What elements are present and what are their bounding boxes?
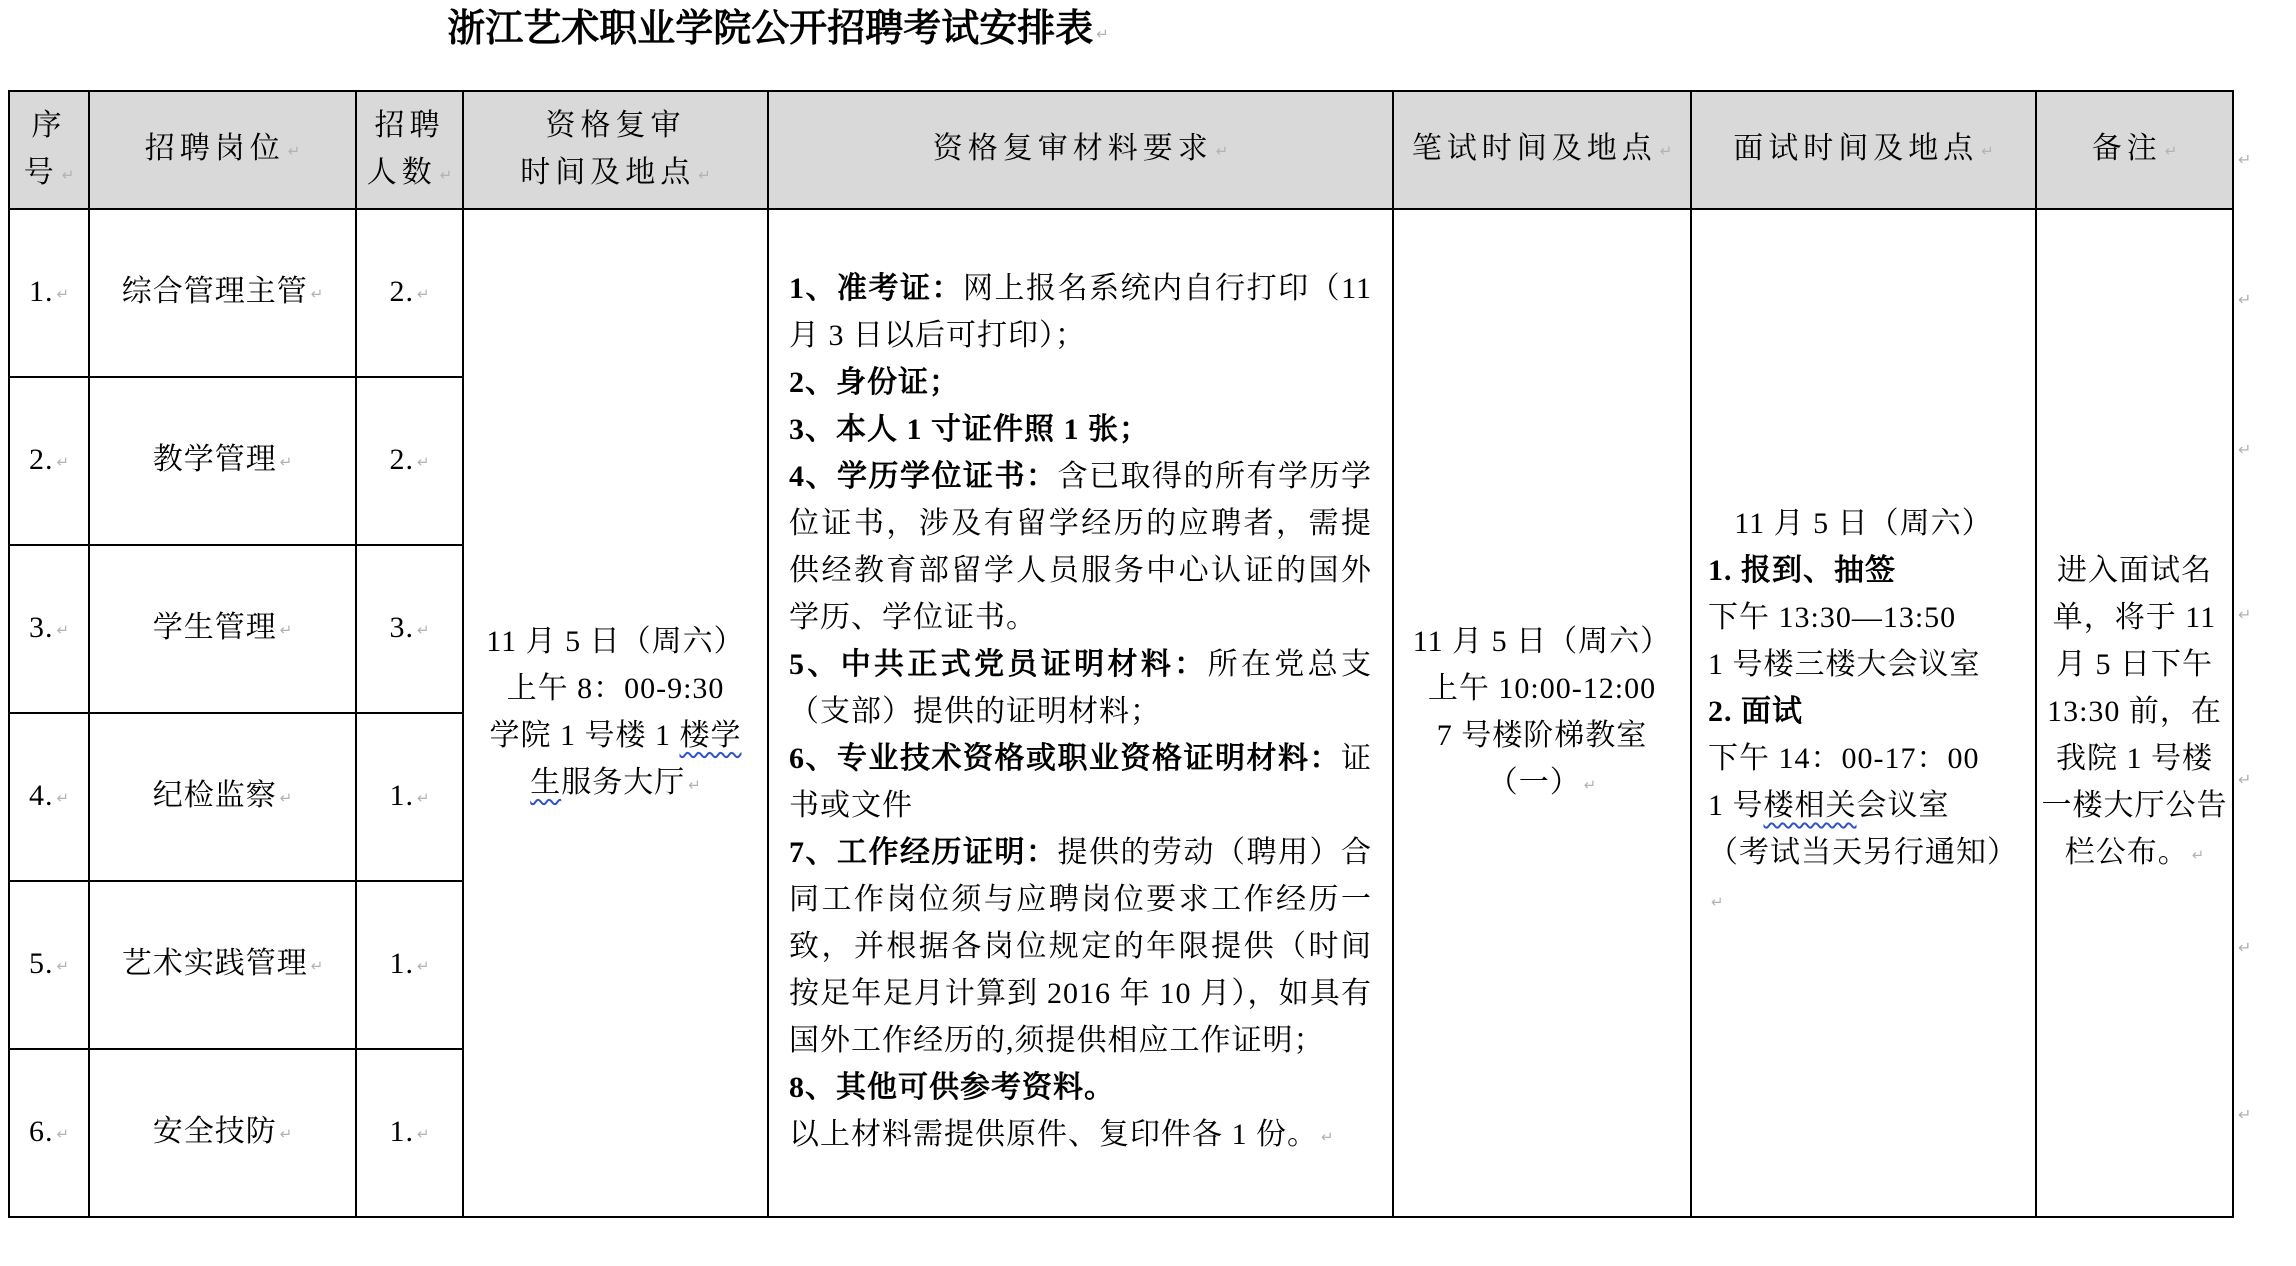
paragraph-mark: ↵ (2238, 605, 2251, 624)
paragraph-mark: ↵ (2238, 770, 2251, 789)
interview-schedule: 11 月 5 日（周六） 1. 报到、抽签 下午 13:30—13:50 1 号… (1708, 500, 2019, 926)
remark-text: 进入面试名单，将于 11 月 5 日下午 13:30 前，在我院 1 号楼一楼大… (2041, 547, 2228, 879)
interview-note: （考试当天另行通知） (1708, 829, 2019, 926)
remark-cell: 进入面试名单，将于 11 月 5 日下午 13:30 前，在我院 1 号楼一楼大… (2036, 209, 2233, 1217)
row-count: 1. (356, 881, 463, 1049)
review-time: 上午 8：00-9:30 (480, 665, 751, 712)
material-item: 以上材料需提供原件、复印件各 1 份。 (789, 1111, 1372, 1161)
header-interview: 面试时间及地点 (1691, 91, 2036, 209)
written-date: 11 月 5 日（周六） (1398, 618, 1686, 665)
material-item: 3、本人 1 寸证件照 1 张； (789, 406, 1372, 453)
written-time: 上午 10:00-12:00 (1398, 665, 1686, 712)
row-position: 艺术实践管理 (89, 881, 356, 1049)
header-materials: 资格复审材料要求 (768, 91, 1393, 209)
page-title: 浙江艺术职业学院公开招聘考试安排表 (447, 6, 1109, 57)
row-no: 2. (9, 377, 89, 545)
interview-step-1: 1. 报到、抽签 (1708, 547, 2019, 594)
paragraph-mark: ↵ (2238, 938, 2251, 957)
interview-step-1-time: 下午 13:30—13:50 (1708, 594, 2019, 641)
header-written: 笔试时间及地点 (1393, 91, 1691, 209)
row-count: 2. (356, 209, 463, 377)
row-no: 4. (9, 713, 89, 881)
table-row: 1. 综合管理主管 2. 11 月 5 日（周六） 上午 8：00-9:30 学… (9, 209, 2233, 377)
material-item: 1、准考证：网上报名系统内自行打印（11 月 3 日以后可打印）； (789, 265, 1372, 359)
written-exam-cell: 11 月 5 日（周六） 上午 10:00-12:00 7 号楼阶梯教室（一） (1393, 209, 1691, 1217)
interview-date: 11 月 5 日（周六） (1708, 500, 2019, 547)
paragraph-mark: ↵ (2238, 1105, 2251, 1124)
row-no: 5. (9, 881, 89, 1049)
material-item: 2、身份证； (789, 359, 1372, 406)
paragraph-mark: ↵ (2238, 440, 2251, 459)
header-position: 招聘岗位 (89, 91, 356, 209)
recruitment-table: 序 号 招聘岗位 招聘 人数 资格复审 时间及地点 资格复审材料要求 笔试时间及… (8, 90, 2234, 1218)
title-row: 浙江艺术职业学院公开招聘考试安排表 (0, 6, 1556, 57)
row-position: 综合管理主管 (89, 209, 356, 377)
interview-step-2-place: 1 号楼相关会议室 (1708, 782, 2019, 829)
row-count: 3. (356, 545, 463, 713)
row-position: 纪检监察 (89, 713, 356, 881)
material-item: 7、工作经历证明：提供的劳动（聘用）合同工作岗位须与应聘岗位要求工作经历一致，并… (789, 829, 1372, 1064)
materials-cell: 1、准考证：网上报名系统内自行打印（11 月 3 日以后可打印）； 2、身份证；… (768, 209, 1393, 1217)
row-position: 学生管理 (89, 545, 356, 713)
material-item: 4、学历学位证书：含已取得的所有学历学位证书，涉及有留学经历的应聘者，需提供经教… (789, 453, 1372, 641)
paragraph-mark: ↵ (2238, 150, 2251, 169)
row-count: 1. (356, 1049, 463, 1217)
document-page: 浙江艺术职业学院公开招聘考试安排表 序 号 招聘岗位 招聘 人数 资格复审 时间… (0, 0, 2296, 1266)
header-remark: 备注 (2036, 91, 2233, 209)
row-no: 3. (9, 545, 89, 713)
written-location: 7 号楼阶梯教室（一） (1398, 712, 1686, 809)
row-position: 教学管理 (89, 377, 356, 545)
header-review: 资格复审 时间及地点 (463, 91, 768, 209)
review-date: 11 月 5 日（周六） (480, 618, 751, 665)
interview-step-2: 2. 面试 (1708, 688, 2019, 735)
header-row: 序 号 招聘岗位 招聘 人数 资格复审 时间及地点 资格复审材料要求 笔试时间及… (9, 91, 2233, 209)
interview-cell: 11 月 5 日（周六） 1. 报到、抽签 下午 13:30—13:50 1 号… (1691, 209, 2036, 1217)
material-item: 5、中共正式党员证明材料：所在党总支（支部）提供的证明材料； (789, 641, 1372, 735)
paragraph-mark: ↵ (2238, 290, 2251, 309)
spellcheck-underline: 楼相关 (1764, 789, 1857, 822)
interview-step-2-time: 下午 14：00-17：00 (1708, 735, 2019, 782)
material-item: 6、专业技术资格或职业资格证明材料：证书或文件 (789, 735, 1372, 829)
material-item: 8、其他可供参考资料。 (789, 1064, 1372, 1111)
row-count: 2. (356, 377, 463, 545)
header-count: 招聘 人数 (356, 91, 463, 209)
review-time-place-cell: 11 月 5 日（周六） 上午 8：00-9:30 学院 1 号楼 1 楼学生服… (463, 209, 768, 1217)
review-location: 学院 1 号楼 1 楼学生服务大厅 (480, 712, 751, 809)
row-no: 6. (9, 1049, 89, 1217)
row-no: 1. (9, 209, 89, 377)
row-position: 安全技防 (89, 1049, 356, 1217)
header-no: 序 号 (9, 91, 89, 209)
row-count: 1. (356, 713, 463, 881)
interview-step-1-place: 1 号楼三楼大会议室 (1708, 641, 2019, 688)
materials-list: 1、准考证：网上报名系统内自行打印（11 月 3 日以后可打印）； 2、身份证；… (789, 265, 1372, 1161)
